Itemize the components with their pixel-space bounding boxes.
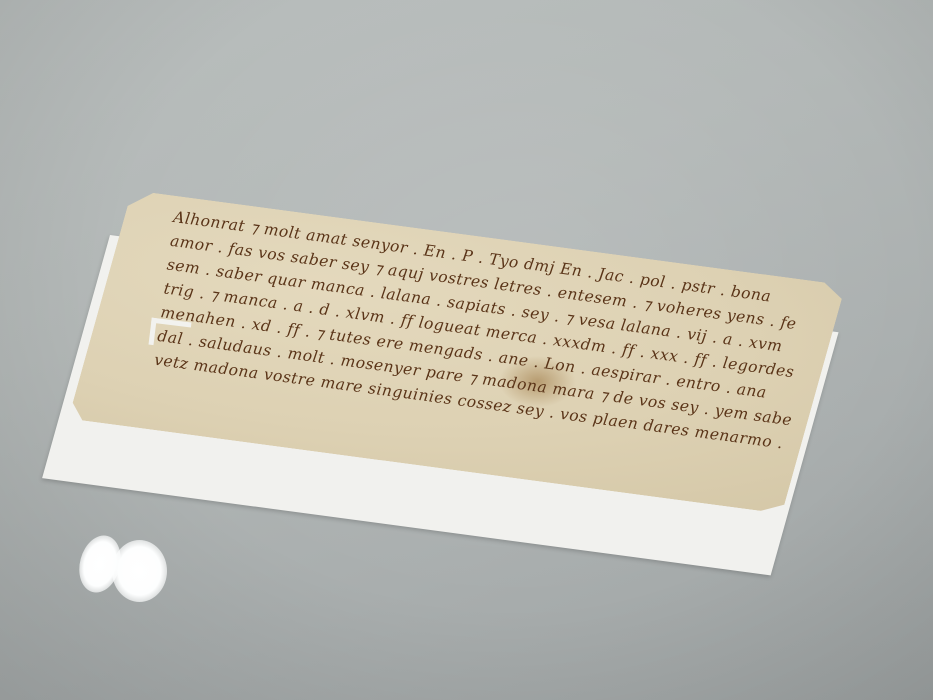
light-glare (112, 540, 167, 602)
